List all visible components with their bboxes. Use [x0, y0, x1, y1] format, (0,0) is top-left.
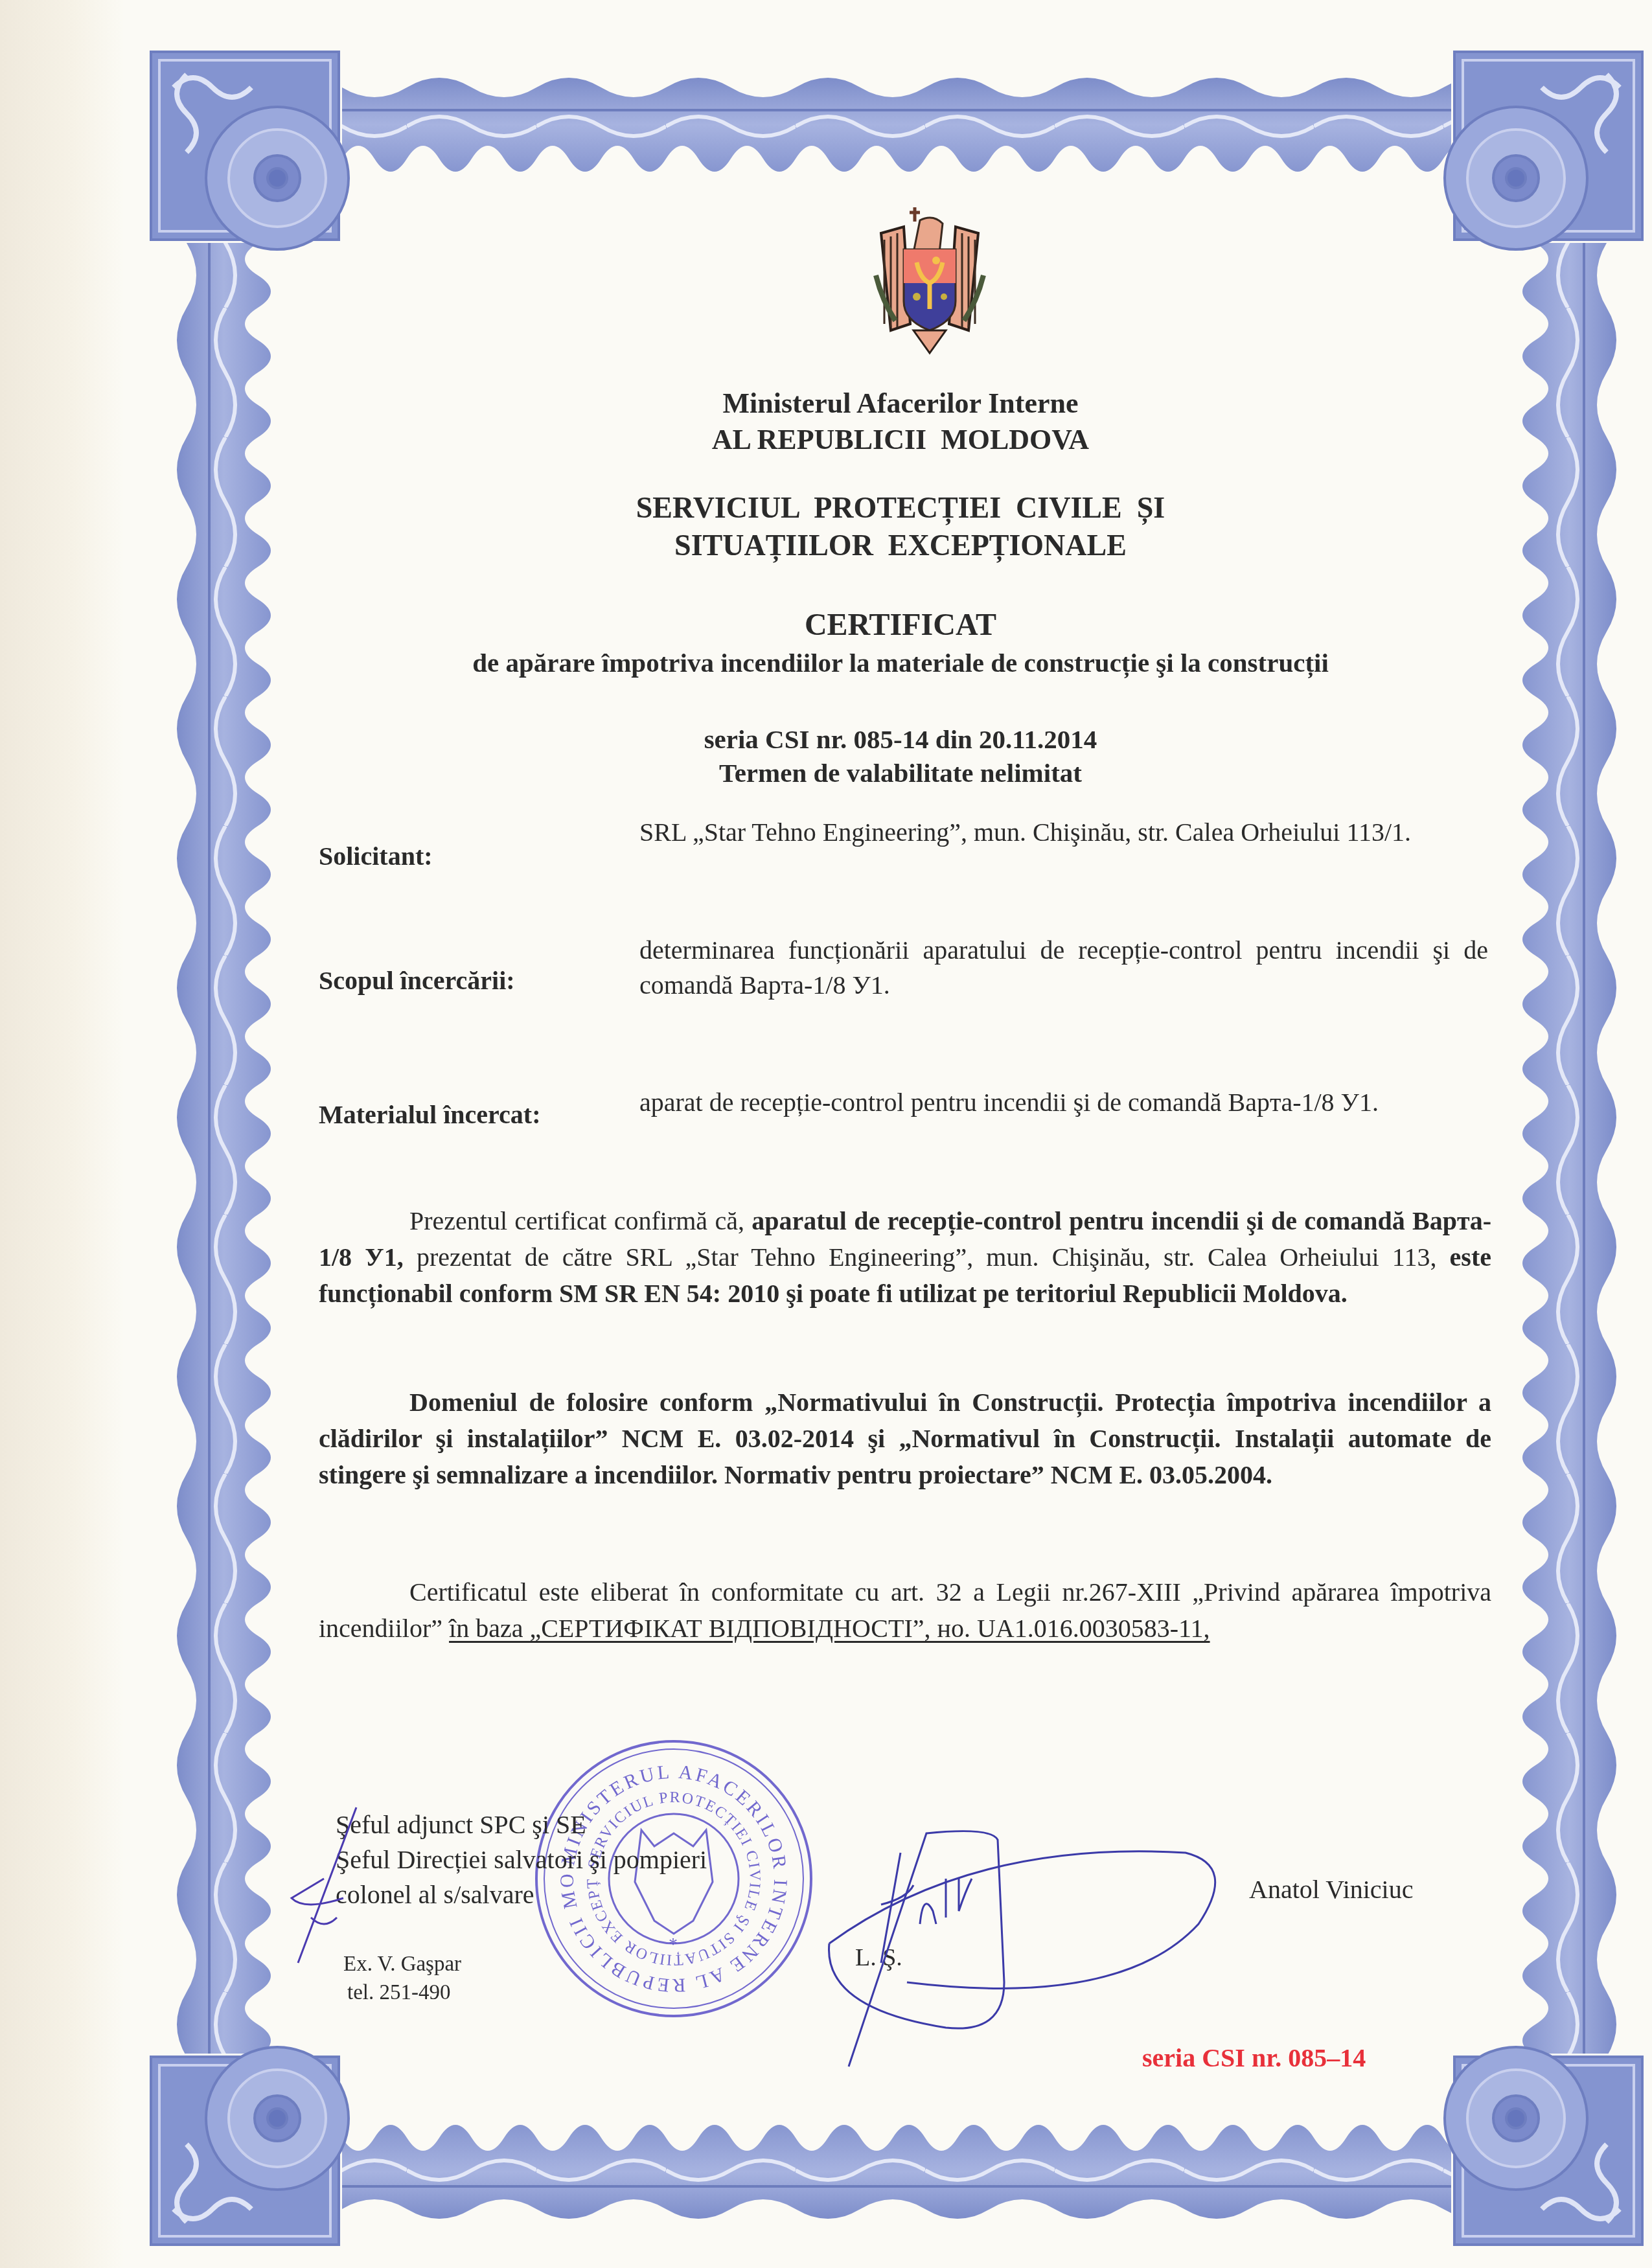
- signatory-line-2: Şeful Direcției salvatori şi pompieri: [336, 1842, 707, 1877]
- executor-phone: tel. 251-490: [343, 1978, 461, 2007]
- signatory-title: Şeful adjunct SPC şi SE Şeful Direcției …: [336, 1807, 707, 1912]
- signatory-line-3: colonel al s/salvare: [336, 1877, 707, 1912]
- field-label: Scopul încercării:: [319, 965, 515, 996]
- executor-info: Ex. V. Gaşpar tel. 251-490: [343, 1950, 461, 2007]
- seal-mark: L. Ş.: [855, 1943, 902, 1972]
- signatory-line-1: Şeful adjunct SPC şi SE: [336, 1807, 707, 1842]
- confirm-text-2: prezentat de către SRL „Star Tehno Engin…: [404, 1243, 1450, 1272]
- field-label: Materialul încercat:: [319, 1099, 540, 1130]
- ministry-header: Ministerul Afacerilor Interne AL REPUBLI…: [311, 385, 1490, 458]
- ministry-line-1: Ministerul Afacerilor Interne: [311, 385, 1490, 422]
- field-value: determinarea funcționării aparatului de …: [639, 933, 1488, 1003]
- field-value: SRL „Star Tehno Engineering”, mun. Chişi…: [639, 815, 1488, 850]
- coat-of-arms-icon: [868, 201, 991, 356]
- legal-basis-paragraph: Certificatul este eliberat în conformita…: [319, 1574, 1491, 1647]
- scan-paper-edge: [0, 0, 123, 2268]
- certificate-subtitle: de apărare împotriva incendiilor la mate…: [311, 645, 1490, 681]
- certificate-title: CERTIFICAT: [311, 606, 1490, 645]
- certificate-validity: Termen de valabilitate nelimitat: [311, 756, 1490, 790]
- service-line-1: SERVICIUL PROTECȚIEI CIVILE ȘI: [311, 489, 1490, 527]
- service-header: SERVICIUL PROTECȚIEI CIVILE ȘI SITUAȚIIL…: [311, 489, 1490, 564]
- signer-name: Anatol Viniciuc: [1249, 1874, 1413, 1905]
- usage-domain-paragraph: Domeniul de folosire conform „Normativul…: [319, 1384, 1491, 1493]
- certificate-series: seria CSI nr. 085-14 din 20.11.2014: [311, 722, 1490, 756]
- ornamental-border: [148, 49, 1646, 2248]
- svg-text:*: *: [669, 1934, 678, 1954]
- reference-certificate: în baza „СЕРТИФІКАТ ВІДПОВІДНОСТІ”, но. …: [449, 1614, 1210, 1643]
- executor-name: Ex. V. Gaşpar: [343, 1950, 461, 1978]
- service-line-2: SITUAȚIILOR EXCEPȚIONALE: [311, 527, 1490, 564]
- usage-domain-text: Domeniul de folosire conform „Normativul…: [319, 1388, 1491, 1489]
- ministry-line-2: AL REPUBLICII MOLDOVA: [311, 422, 1490, 458]
- confirm-text-1: Prezentul certificat confirmă că,: [409, 1206, 751, 1235]
- series-number-stamp: seria CSI nr. 085–14: [1142, 2043, 1366, 2073]
- field-label: Solicitant:: [319, 841, 433, 871]
- confirmation-paragraph: Prezentul certificat confirmă că, aparat…: [319, 1203, 1491, 1312]
- field-value: aparat de recepție-control pentru incend…: [639, 1085, 1488, 1120]
